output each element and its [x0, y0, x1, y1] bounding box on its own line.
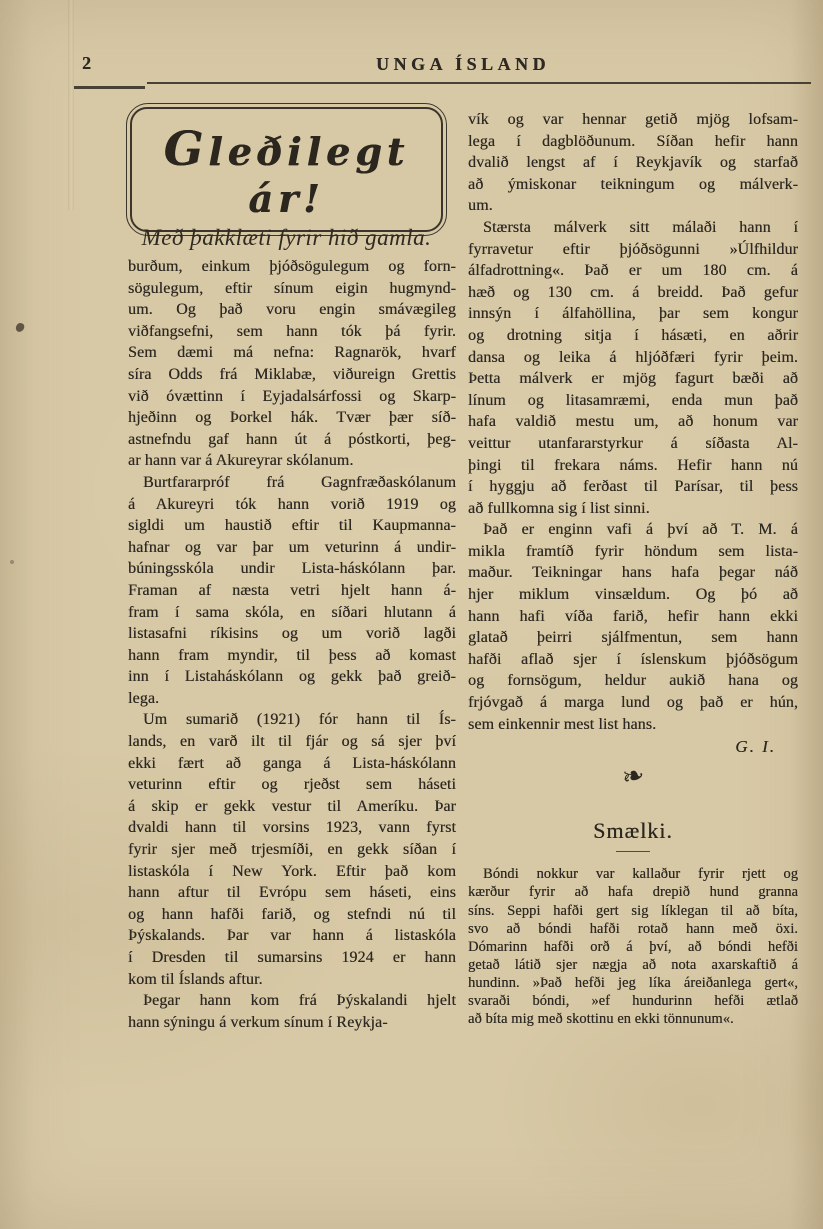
text-line: síra Odds frá Miklabæ, viðureign Grettis [128, 364, 456, 386]
journal-title: UNGA ÍSLAND [128, 54, 798, 75]
text-line: maður. Teikningar hans hafa þegar náð [468, 562, 798, 584]
text-line: um. Og það voru engin smávægileg [128, 299, 456, 321]
text-line: hafði aflað sjer í íslenskum þjóðsögum [468, 649, 798, 671]
text-line: hafa valdið mestu um, að honum var [468, 411, 798, 433]
text-line: svaraði bóndi, »ef hundurinn hefði ætlað [468, 992, 798, 1010]
text-line: Dómarinn hafði orð á því, að bóndi hefði [468, 938, 798, 956]
ink-speck [10, 560, 14, 564]
greeting-box-inner-border: Gleðilegt ár! Með þakklæti fyrir hið gam… [130, 107, 443, 232]
text-line: sigldi um haustið eftir til Kaupmanna- [128, 515, 456, 537]
text-line: síns. Seppi hafði gert sig líklegan til … [468, 902, 798, 920]
text-line: Það er enginn vafi á því að T. M. á [468, 519, 798, 541]
page-number: 2 [82, 53, 92, 74]
text-line: að fullkomna sig í list sinni. [468, 498, 798, 520]
text-line: hjeðinn og Þorkel hák. Tvær þær síð- [128, 407, 456, 429]
text-line: frjóvgað á marga lund og það er hún, [468, 692, 798, 714]
text-line: lega. [128, 688, 456, 710]
text-line: Burtfararpróf frá Gagnfræðaskólanum [128, 472, 456, 494]
text-line: Þegar hann kom frá Þýskalandi hjelt [128, 990, 456, 1012]
header-rule-dash [74, 86, 145, 89]
ink-speck [15, 322, 26, 333]
text-line: astnefndu gaf hann út á póstkorti, þeg- [128, 429, 456, 451]
text-line: mikla framtíð fyrir höndum sem lista- [468, 541, 798, 563]
text-line: búningsskóla undir Lista-háskólann þar. [128, 558, 456, 580]
text-line: getað látið sjer nægja að nota axarskaft… [468, 956, 798, 974]
text-line: fyrir sjer með trjesmíði, en gekk síðan … [128, 839, 456, 861]
left-column-text: burðum, einkum þjóðsögulegum og forn-sög… [128, 256, 456, 1033]
text-line: burðum, einkum þjóðsögulegum og forn- [128, 256, 456, 278]
text-line: dvalið lengst af í Reykjavík og starfað [468, 152, 798, 174]
smaelki-text: Bóndi nokkur var kallaður fyrir rjett og… [468, 865, 798, 1028]
text-line: vík og var hennar getið mjög lofsam- [468, 109, 798, 131]
text-line: lega í dagblöðunum. Síðan hefir hann [468, 131, 798, 153]
text-line: sem einkennir mest list hans. [468, 714, 798, 736]
text-line: hann aftur til Evrópu sem háseti, eins [128, 882, 456, 904]
text-line: í hyggju að ferðast til Parísar, til þes… [468, 476, 798, 498]
author-signature: G. I. [468, 736, 798, 758]
text-line: og fornsögum, heldur aukið hana og [468, 670, 798, 692]
text-line: inn í Listaháskólann og gekk það greið- [128, 666, 456, 688]
text-line: hann hafi víða farið, hefir hann ekki [468, 606, 798, 628]
text-line: listaskóla í New York. Eftir það kom [128, 861, 456, 883]
paragraph: Það er enginn vafi á því að T. M. ámikla… [468, 519, 798, 735]
text-line: hafnar og var þar um veturinn á undir- [128, 537, 456, 559]
text-line: Framan af næsta vetri hjelt hann á- [128, 580, 456, 602]
paragraph: Burtfararpróf frá Gagnfræðaskólanumá Aku… [128, 472, 456, 710]
text-line: á Akureyri tók hann vorið 1919 og [128, 494, 456, 516]
text-line: fram í sama skóla, en síðari hlutann á [128, 602, 456, 624]
scan-crease [68, 0, 74, 210]
paragraph: Stærsta málverk sitt málaði hann ífyrrav… [468, 217, 798, 519]
text-line: og drotning sitja í hásæti, en aðrir [468, 325, 798, 347]
header-rule [147, 82, 811, 84]
text-line: lands, en varð ilt til fjár og sá sjer þ… [128, 731, 456, 753]
text-line: kom til Íslands aftur. [128, 969, 456, 991]
text-line: að bíta mig með skottinu en ekki tönnunu… [468, 1010, 798, 1028]
text-line: hjer miklum vinsældum. Og þó að [468, 584, 798, 606]
right-column-text: vík og var hennar getið mjög lofsam-lega… [468, 109, 798, 735]
fleuron-icon: ❧ [620, 764, 647, 790]
text-line: álfadrottning«. Það er um 180 cm. á [468, 260, 798, 282]
greeting-box: Gleðilegt ár! Með þakklæti fyrir hið gam… [126, 103, 447, 236]
text-line: að ýmiskonar teikningum og málverk- [468, 174, 798, 196]
text-line: dansa og leika á hljóðfæri fyrir þeim. [468, 347, 798, 369]
text-line: innsýn í álfahöllina, þar sem kongur [468, 303, 798, 325]
text-line: í Dresden til sumarsins 1924 er hann [128, 947, 456, 969]
text-line: svo að bóndi hafði rotað hann með öxi. [468, 920, 798, 938]
text-line: á skip er gekk vestur til Ameríku. Þar [128, 796, 456, 818]
fleuron-ornament: ❧ [468, 766, 798, 800]
text-line: sögulegum, eftir sínum eigin hugmynd- [128, 278, 456, 300]
paragraph: Þegar hann kom frá Þýskalandi hjelthann … [128, 990, 456, 1033]
text-line: fyrravetur eftir þjóðsögunni »Úlfhildur [468, 239, 798, 261]
text-line: dvaldi hann til vorsins 1923, vann fyrst [128, 817, 456, 839]
text-line: við óvættinn í Eyjadalsárfossi og Skarp- [128, 386, 456, 408]
text-line: listasafni ríkisins og um vorið lagði [128, 623, 456, 645]
text-line: viðfangsefni, sem hann tók þá fyrir. [128, 321, 456, 343]
text-line: Bóndi nokkur var kallaður fyrir rjett og [468, 865, 798, 883]
paragraph: vík og var hennar getið mjög lofsam-lega… [468, 109, 798, 217]
text-line: ar hann var á Akureyrar skólanum. [128, 450, 456, 472]
text-line: ekki fært að ganga á Lista-háskólann [128, 753, 456, 775]
text-line: um. [468, 195, 798, 217]
right-column: vík og var hennar getið mjög lofsam-lega… [468, 109, 798, 1028]
text-line: og hann hafði farið, og stefndi nú til [128, 904, 456, 926]
text-line: hann fram myndir, til þess að komast [128, 645, 456, 667]
paragraph: Um sumarið (1921) fór hann til Ís-lands,… [128, 709, 456, 990]
text-line: línum og litasamræmi, enda mun það [468, 390, 798, 412]
text-line: Sem dæmi má nefna: Ragnarök, hvarf [128, 342, 456, 364]
text-line: hann sýningu á verkum sínum í Reykja- [128, 1012, 456, 1034]
greeting-subline: Með þakklæti fyrir hið gamla. [132, 225, 441, 251]
smaelki-heading-rule [616, 851, 650, 853]
paragraph: Bóndi nokkur var kallaður fyrir rjett og… [468, 865, 798, 1028]
text-line: veittur utanfararstyrkur á síðasta Al- [468, 433, 798, 455]
text-line: glatað þeirri sjálfmentun, sem hann [468, 627, 798, 649]
text-line: Stærsta málverk sitt málaði hann í [468, 217, 798, 239]
text-line: hundinn. »Það hefði jeg líka áreiðanlega… [468, 974, 798, 992]
text-line: Þetta málverk er mjög fagurt bæði að [468, 368, 798, 390]
greeting-headline: Gleðilegt ár! [132, 121, 441, 221]
text-line: þingi til frekara náms. Hefir hann nú [468, 455, 798, 477]
text-line: Þýskalands. Þar var hann á listaskóla [128, 925, 456, 947]
text-line: Um sumarið (1921) fór hann til Ís- [128, 709, 456, 731]
text-line: veturinn eftir og rjeðst sem háseti [128, 774, 456, 796]
text-line: kærður fyrir að hafa drepið hund granna [468, 883, 798, 901]
smaelki-heading: Smælki. [468, 820, 798, 842]
text-line: hæð og 130 cm. á breidd. Það gefur [468, 282, 798, 304]
paragraph: burðum, einkum þjóðsögulegum og forn-sög… [128, 256, 456, 472]
